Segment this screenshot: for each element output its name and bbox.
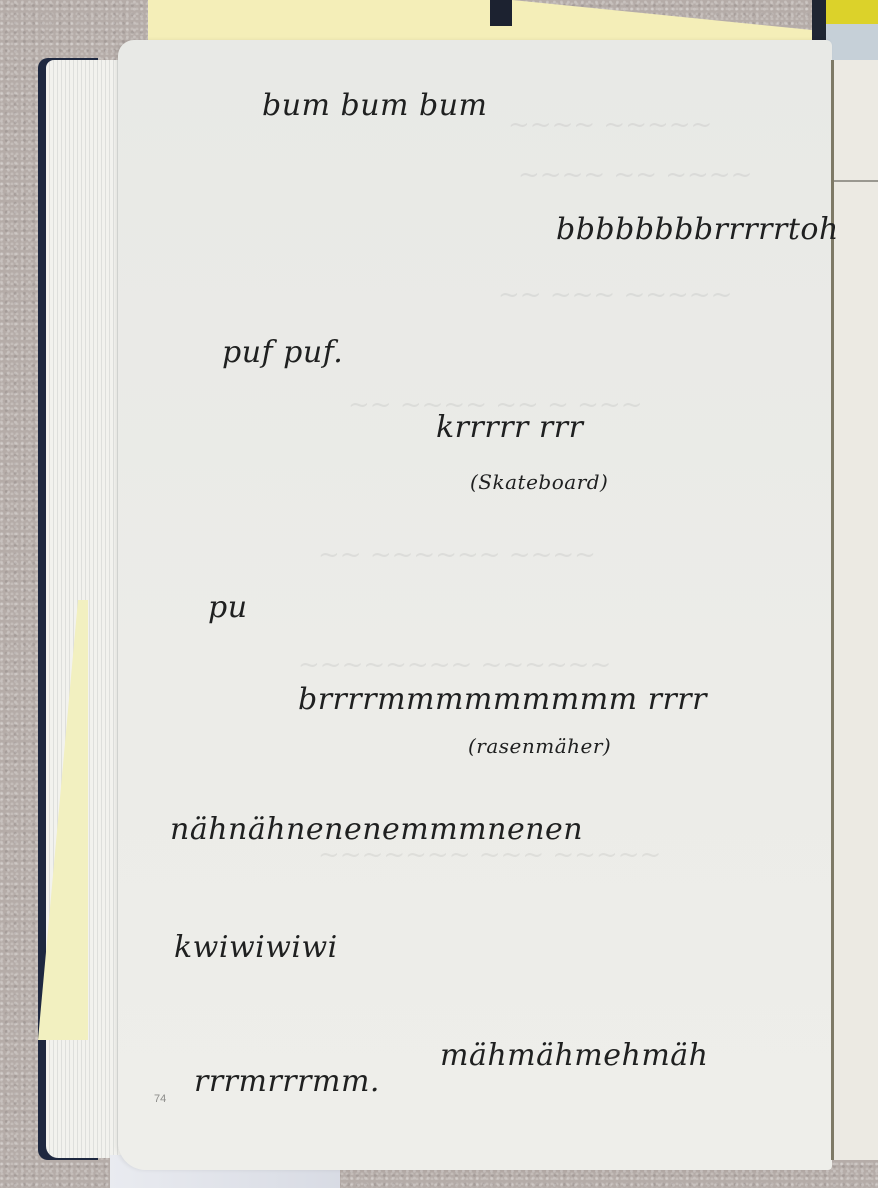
page-tab-blue xyxy=(826,24,878,62)
handwriting-line: rrrmrrrmm. xyxy=(194,1064,380,1099)
notebook-page-right xyxy=(834,60,878,1160)
show-through-text: ~~ ~~~ ~~~~~ xyxy=(498,280,732,310)
show-through-text: ~~~~~~~~ ~~~~~~ xyxy=(298,650,611,680)
handwriting-line: kwiwiwiwi xyxy=(174,930,338,965)
handwriting-line: puf puf. xyxy=(222,335,343,370)
handwriting-line: mähmähmehmäh xyxy=(440,1038,709,1073)
handwriting-line: pu xyxy=(208,590,248,625)
handwriting-line: bbbbbbbbrrrrrtoh xyxy=(556,212,839,247)
handwriting-line: brrrrmmmmmmmmm rrrr xyxy=(298,682,707,717)
page-tab-yellow xyxy=(826,0,878,24)
handwriting-line: nähnähnenenemmmnenen xyxy=(170,812,583,847)
handwriting-line: krrrrr rrr xyxy=(436,410,583,445)
bookmark-ribbon xyxy=(490,0,512,26)
right-page-fold-line xyxy=(834,180,878,182)
handwriting-line: bum bum bum xyxy=(262,88,488,123)
show-through-text: ~~~~ ~~~~~ xyxy=(508,110,712,140)
handwriting-annotation: (rasenmäher) xyxy=(468,734,611,758)
page-number: 74 xyxy=(154,1093,166,1105)
show-through-text: ~~ ~~~~~~ ~~~~ xyxy=(318,540,596,570)
handwriting-annotation: (Skateboard) xyxy=(470,470,608,494)
show-through-text: ~~~~ ~~ ~~~~ xyxy=(518,160,752,190)
